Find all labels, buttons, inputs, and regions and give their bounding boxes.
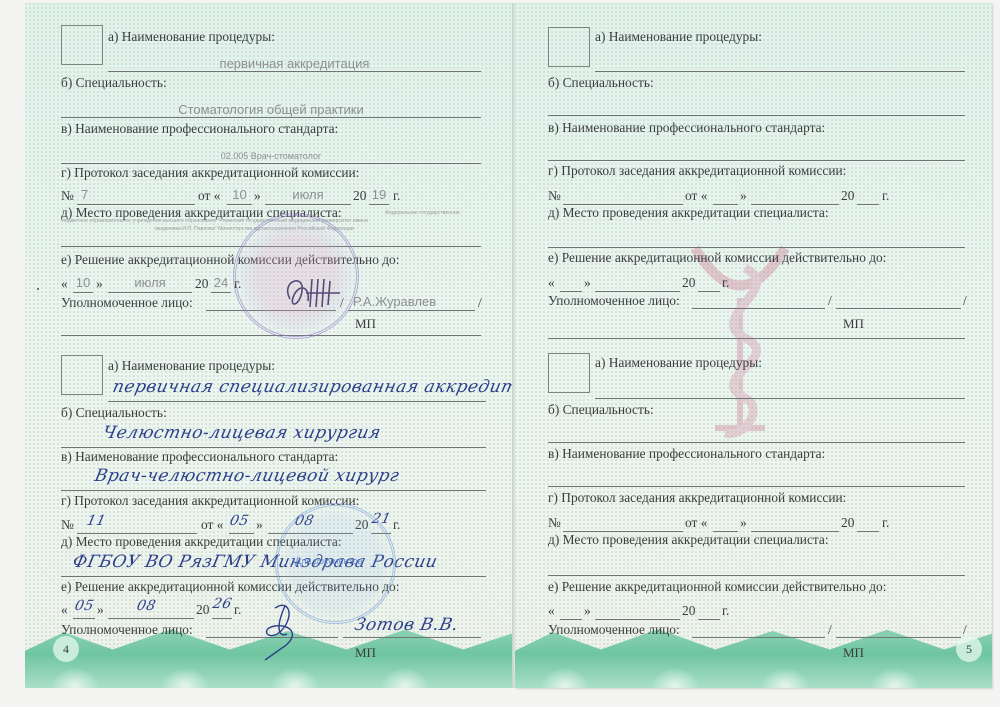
year-prefix: 20 [682,603,695,619]
standard-line [548,160,965,161]
protocol-number-value: 11 [85,513,107,529]
year-suffix: г. [393,517,400,533]
quote-close: » [97,602,104,618]
specialty-label: б) Специальность: [548,402,654,418]
year-suffix: г. [722,275,729,291]
specialty-value: Стоматология общей практики [61,102,481,117]
procedure-line [108,401,486,402]
specialty-label: б) Специальность: [61,405,167,421]
page-number: 5 [956,636,982,662]
separator-line [548,338,965,339]
protocol-day-value: 05 [228,513,250,529]
quote-close: » [740,188,747,204]
from-label: от « [685,188,707,204]
standard-label: в) Наименование профессионального станда… [548,120,825,136]
quote-open: « [61,602,68,618]
valid-until-label: е) Решение аккредитационной комиссии дей… [548,579,886,595]
page-5: 5 а) Наименование процедуры: б) Специаль… [515,3,992,688]
authorized-name-value: Р.А.Журавлев [353,294,436,309]
valid-day-line [560,291,582,292]
slash: / [828,293,832,309]
year-suffix: г. [882,188,889,204]
procedure-line [595,398,965,399]
valid-month-line [108,618,194,619]
entry-checkbox [548,27,590,67]
seal-label: МП [843,316,864,332]
entry-checkbox [61,25,103,65]
authorized-label: Уполномоченное лицо: [61,622,193,638]
procedure-label: а) Наименование процедуры: [108,358,275,374]
procedure-label: а) Наименование процедуры: [108,29,275,45]
protocol-year-line [857,531,879,532]
year-prefix: 20 [841,188,854,204]
signature-line [692,637,825,638]
year-suffix: г. [393,188,400,204]
quote-close: » [254,188,261,204]
authorized-label: Уполномоченное лицо: [548,622,680,638]
protocol-number-prefix: № [548,188,561,204]
year-prefix: 20 [841,515,854,531]
protocol-year-value: 19 [369,187,389,202]
valid-month-line [595,291,680,292]
standard-line [61,490,486,491]
protocol-number-prefix: № [548,515,561,531]
valid-day-line [73,618,95,619]
year-suffix: г. [722,603,729,619]
valid-until-label: е) Решение аккредитационной комиссии дей… [548,250,886,266]
valid-year-value: 26 [211,596,233,612]
procedure-label: а) Наименование процедуры: [595,355,762,371]
valid-day-value: 10 [73,275,93,290]
procedure-value: первичная специализированная аккредитаци… [111,377,513,397]
seal-label: МП [843,645,864,661]
signature-line [692,308,825,309]
authorized-name-line [343,637,481,638]
standard-value: Врач-челюстно-лицевой хирург [93,466,401,486]
place-line [61,576,486,577]
protocol-label: г) Протокол заседания аккредитационной к… [61,165,359,181]
entry-checkbox [61,355,103,395]
valid-day-line [73,292,93,293]
protocol-label: г) Протокол заседания аккредитационной к… [548,490,846,506]
quote-close: » [96,276,103,292]
slash: / [828,622,832,638]
specialty-value: Челюстно-лицевая хирургия [101,423,383,443]
protocol-day-value: 10 [227,187,252,202]
procedure-label: а) Наименование процедуры: [595,29,762,45]
standard-label: в) Наименование профессионального станда… [61,121,338,137]
valid-month-line [108,292,192,293]
quote-open: « [548,275,555,291]
place-label: д) Место проведения аккредитации специал… [548,532,829,548]
quote-close: » [256,517,263,533]
standard-label: в) Наименование профессионального станда… [61,449,338,465]
quote-open: « [548,603,555,619]
specialty-label: б) Специальность: [548,75,654,91]
stamp-text: Для документов [295,556,362,566]
place-line [548,247,965,248]
slash: / [963,622,967,638]
from-label: от « [198,188,220,204]
seal-label: МП [355,316,376,332]
quote-close: » [584,275,591,291]
protocol-number-prefix: № [61,188,74,204]
slash: / [478,295,482,311]
page-4: 4 а) Наименование процедуры: первичная а… [25,3,513,688]
standard-value: 02.005 Врач-стоматолог [61,151,481,161]
year-suffix: г. [882,515,889,531]
procedure-line [595,71,965,72]
authorized-name-line [348,310,475,311]
valid-month-value: июля [108,275,192,290]
entry-checkbox [548,353,590,393]
standard-line [61,163,481,164]
protocol-number-value: 7 [81,187,88,202]
purple-seal-stamp [233,213,359,339]
year-prefix: 20 [196,602,209,618]
procedure-line [108,71,481,72]
valid-year-line [211,292,231,293]
year-prefix: 20 [353,188,366,204]
year-suffix: г. [234,602,241,618]
protocol-month-value: июля [265,187,351,202]
protocol-year-line [369,204,389,205]
authorized-name-line [836,308,961,309]
year-prefix: 20 [195,276,208,292]
speck [37,288,39,290]
from-label: от « [201,517,223,533]
valid-month-value: 08 [135,598,157,614]
specialty-label: б) Специальность: [61,75,167,91]
authorized-label: Уполномоченное лицо: [548,293,680,309]
place-line [548,575,965,576]
valid-month-line [595,619,680,620]
specialty-line [61,447,486,448]
separator-line [61,335,481,336]
authorized-name-line [836,637,961,638]
valid-year-value: 24 [211,275,231,290]
authorized-name-value: Зотов В.В. [353,615,461,635]
specialty-line [548,115,965,116]
specialty-line [548,442,965,443]
place-label: д) Место проведения аккредитации специал… [548,205,829,221]
seal-label: МП [355,645,376,661]
from-label: от « [685,515,707,531]
specialty-line [61,117,481,118]
valid-year-line [698,291,720,292]
procedure-value: первичная аккредитация [108,56,481,71]
valid-year-line [698,619,720,620]
valid-day-line [560,619,582,620]
page-number: 4 [53,636,79,662]
valid-day-value: 05 [73,598,95,614]
protocol-year-line [857,204,879,205]
valid-year-line [212,618,232,619]
standard-line [548,486,965,487]
standard-label: в) Наименование профессионального станда… [548,446,825,462]
quote-close: » [740,515,747,531]
protocol-number-prefix: № [61,517,74,533]
authorized-label: Уполномоченное лицо: [61,295,193,311]
protocol-label: г) Протокол заседания аккредитационной к… [548,163,846,179]
quote-close: » [584,603,591,619]
slash: / [963,293,967,309]
place-value-line1: Федеральное государственное [385,209,460,218]
year-prefix: 20 [682,275,695,291]
quote-open: « [61,276,68,292]
